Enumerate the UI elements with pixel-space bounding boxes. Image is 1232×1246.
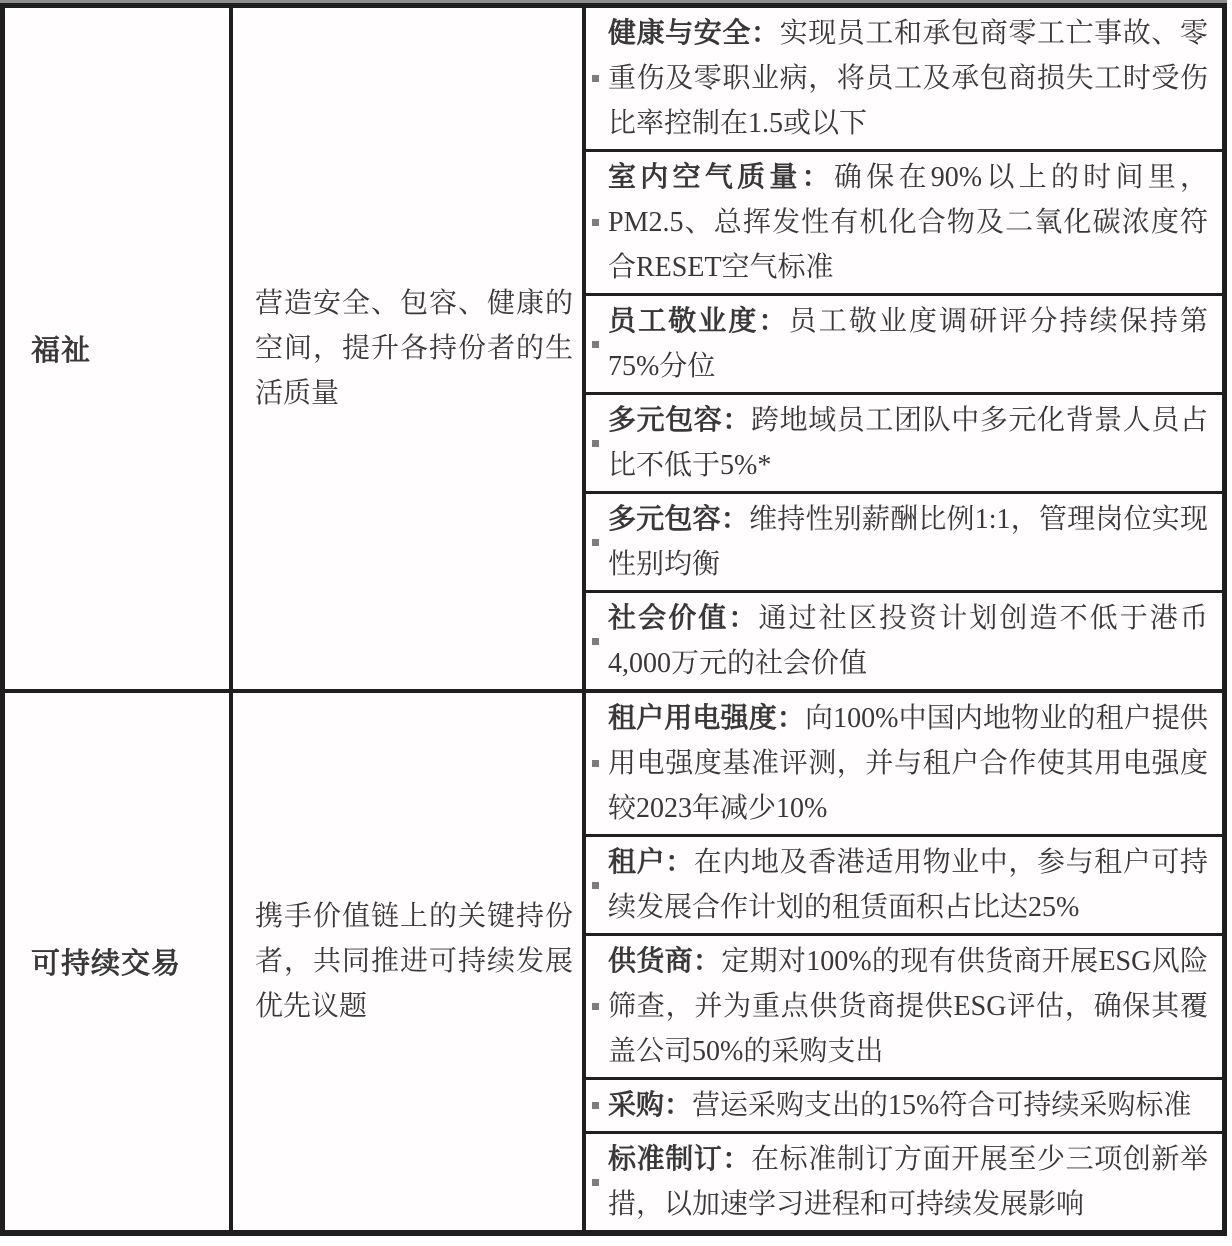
- category-label: 福祉: [31, 328, 91, 369]
- document-page: 福祉 营造安全、包容、健康的空间，提升各持份者的生活质量 健康与安全：实现员工和…: [0, 0, 1232, 1236]
- goal-text: 多元包容：维持性别薪酬比例1:1，管理岗位实现性别均衡: [608, 497, 1208, 587]
- goal-row: 健康与安全：实现员工和承包商零工亡事故、零重伤及零职业病，将员工及承包商损失工时…: [586, 8, 1222, 149]
- bullet-icon: [592, 539, 599, 546]
- goal-label: 采购：: [608, 1090, 692, 1121]
- goal-row: 多元包容：跨地域员工团队中多元化背景人员占比不低于5%*: [586, 392, 1222, 491]
- bullet-icon: [592, 1102, 599, 1109]
- description-cell: 携手价值链上的关键持份者，共同推进可持续发展优先议题: [233, 693, 586, 1230]
- goal-label: 多元包容：: [608, 504, 749, 535]
- goal-label: 社会价值：: [608, 603, 759, 634]
- goal-row: 供货商：定期对100%的现有供货商开展ESG风险筛查，并为重点供货商提供ESG评…: [586, 933, 1222, 1077]
- goal-label: 租户：: [608, 847, 694, 878]
- bullet-icon: [592, 440, 599, 447]
- category-label: 可持续交易: [31, 941, 181, 982]
- goal-row: 员工敬业度：员工敬业度调研评分持续保持第75%分位: [586, 293, 1222, 392]
- goal-text: 供货商：定期对100%的现有供货商开展ESG风险筛查，并为重点供货商提供ESG评…: [608, 939, 1208, 1074]
- description-text: 携手价值链上的关键持份者，共同推进可持续发展优先议题: [255, 894, 573, 1029]
- goal-row: 采购：营运采购支出的15%符合可持续采购标准: [586, 1077, 1222, 1131]
- goal-text: 采购：营运采购支出的15%符合可持续采购标准: [608, 1083, 1208, 1128]
- goals-cell: 租户用电强度：向100%中国内地物业的租户提供用电强度基准评测，并与租户合作使其…: [586, 693, 1222, 1230]
- bullet-icon: [592, 638, 599, 645]
- goal-row: 租户：在内地及香港适用物业中，参与租户可持续发展合作计划的租赁面积占比达25%: [586, 834, 1222, 933]
- bullet-icon: [592, 882, 599, 889]
- goal-row: 多元包容：维持性别薪酬比例1:1，管理岗位实现性别均衡: [586, 491, 1222, 590]
- category-cell: 可持续交易: [5, 693, 233, 1230]
- table-section-row: 可持续交易 携手价值链上的关键持份者，共同推进可持续发展优先议题 租户用电强度：…: [5, 689, 1222, 1230]
- goal-label: 室内空气质量：: [608, 162, 834, 193]
- bullet-icon: [592, 1179, 599, 1186]
- goal-label: 标准制订：: [608, 1144, 751, 1175]
- goal-text: 员工敬业度：员工敬业度调研评分持续保持第75%分位: [608, 299, 1208, 389]
- goal-text: 健康与安全：实现员工和承包商零工亡事故、零重伤及零职业病，将员工及承包商损失工时…: [608, 11, 1208, 146]
- goal-text: 租户：在内地及香港适用物业中，参与租户可持续发展合作计划的租赁面积占比达25%: [608, 840, 1208, 930]
- bullet-icon: [592, 760, 599, 767]
- goal-label: 多元包容：: [608, 405, 751, 436]
- goal-row: 标准制订：在标准制订方面开展至少三项创新举措，以加速学习进程和可持续发展影响: [586, 1131, 1222, 1230]
- goal-text: 社会价值：通过社区投资计划创造不低于港币4,000万元的社会价值: [608, 596, 1208, 686]
- goal-row: 租户用电强度：向100%中国内地物业的租户提供用电强度基准评测，并与租户合作使其…: [586, 693, 1222, 834]
- category-cell: 福祉: [5, 8, 233, 689]
- goal-label: 健康与安全：: [608, 18, 780, 49]
- esg-goals-table: 福祉 营造安全、包容、健康的空间，提升各持份者的生活质量 健康与安全：实现员工和…: [0, 3, 1227, 1236]
- goal-desc: 在内地及香港适用物业中，参与租户可持续发展合作计划的租赁面积占比达25%: [608, 847, 1208, 923]
- bullet-icon: [592, 1003, 599, 1010]
- goal-text: 标准制订：在标准制订方面开展至少三项创新举措，以加速学习进程和可持续发展影响: [608, 1137, 1208, 1227]
- goal-row: 社会价值：通过社区投资计划创造不低于港币4,000万元的社会价值: [586, 590, 1222, 689]
- goal-text: 室内空气质量：确保在90%以上的时间里，PM2.5、总挥发性有机化合物及二氧化碳…: [608, 155, 1208, 290]
- goal-text: 多元包容：跨地域员工团队中多元化背景人员占比不低于5%*: [608, 398, 1208, 488]
- goal-label: 供货商：: [608, 946, 721, 977]
- bullet-icon: [592, 75, 599, 82]
- goal-label: 员工敬业度：: [608, 306, 789, 337]
- goal-row: 室内空气质量：确保在90%以上的时间里，PM2.5、总挥发性有机化合物及二氧化碳…: [586, 149, 1222, 293]
- bullet-icon: [592, 341, 599, 348]
- goal-label: 租户用电强度：: [608, 703, 805, 734]
- table-section-row: 福祉 营造安全、包容、健康的空间，提升各持份者的生活质量 健康与安全：实现员工和…: [5, 8, 1222, 689]
- goals-cell: 健康与安全：实现员工和承包商零工亡事故、零重伤及零职业病，将员工及承包商损失工时…: [586, 8, 1222, 689]
- goal-desc: 营运采购支出的15%符合可持续采购标准: [692, 1090, 1191, 1121]
- goal-text: 租户用电强度：向100%中国内地物业的租户提供用电强度基准评测，并与租户合作使其…: [608, 696, 1208, 831]
- description-text: 营造安全、包容、健康的空间，提升各持份者的生活质量: [255, 281, 573, 416]
- description-cell: 营造安全、包容、健康的空间，提升各持份者的生活质量: [233, 8, 586, 689]
- bullet-icon: [592, 219, 599, 226]
